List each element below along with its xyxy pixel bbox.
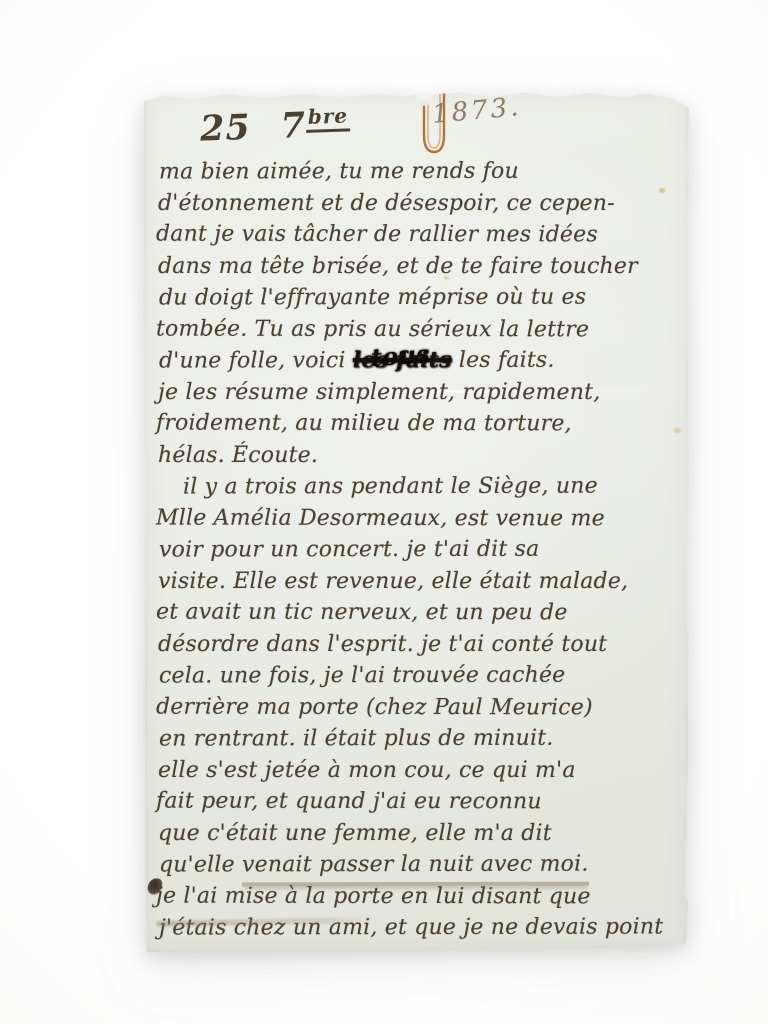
letter-body: ma bien aimée, tu me rends foud'étonneme… bbox=[158, 156, 674, 944]
handwriting-line: il y a trois ans pendant le Siège, une bbox=[159, 470, 675, 503]
handwriting-line: du doigt l'effrayante méprise où tu es bbox=[159, 281, 675, 314]
handwriting-line: visite. Elle est revenue, elle était mal… bbox=[158, 566, 674, 598]
date-heading: 257bre bbox=[199, 103, 351, 149]
handwriting-line: voir pour un concert. je t'ai dit sa bbox=[159, 533, 675, 566]
letter-paper: 257bre 1873. ma bien aimée, tu me rends … bbox=[144, 90, 689, 952]
handwriting-line: d'une folle, voici les faitstous les fai… bbox=[159, 344, 675, 377]
handwriting-line: et avait un tic nerveux, et un peu de bbox=[156, 597, 672, 629]
handwriting-line: en rentrant. il était plus de minuit. bbox=[159, 722, 675, 755]
handwriting-line: cela. une fois, je l'ai trouvée cachée bbox=[159, 659, 675, 692]
date-day: 25 bbox=[199, 107, 251, 150]
handwriting-line: qu'elle venait passer la nuit avec moi. bbox=[159, 848, 675, 881]
letter-sheet-wrapper: 257bre 1873. ma bien aimée, tu me rends … bbox=[144, 90, 689, 952]
handwriting-line: froidement, au milieu de ma torture, bbox=[156, 408, 672, 440]
paper-stain bbox=[674, 428, 681, 433]
handwriting-line: désordre dans l'esprit. je t'ai conté to… bbox=[158, 629, 674, 661]
struck-words: les faitstous bbox=[353, 345, 452, 377]
handwriting-line: Mlle Amélia Desormeaux, est venue me bbox=[156, 502, 672, 534]
handwriting-line: dans ma tête brisée, et de te faire touc… bbox=[158, 251, 674, 283]
handwriting-line: fait peur, et quand j'ai eu reconnu bbox=[156, 786, 672, 818]
handwriting-line: ma bien aimée, tu me rends fou bbox=[159, 155, 675, 188]
strike-after-text: les faits. bbox=[452, 348, 555, 373]
year-annotation: 1873. bbox=[431, 92, 523, 130]
handwriting-line: dant je vais tâcher de rallier mes idées bbox=[156, 219, 672, 251]
handwriting-line: je l'ai mise à la porte en lui disant qu… bbox=[156, 880, 672, 912]
strike-before-text: d'une folle, voici bbox=[159, 348, 353, 373]
handwriting-line: je les résume simplement, rapidement, bbox=[158, 377, 674, 409]
handwriting-line: elle s'est jetée à mon cou, ce qui m'a bbox=[158, 755, 674, 787]
overwritten-word: tous bbox=[370, 338, 431, 374]
handwriting-line: derrière ma porte (chez Paul Meurice) bbox=[156, 691, 672, 723]
handwriting-line: d'étonnement et de désespoir, ce cepen- bbox=[158, 188, 674, 220]
date-month-superscript: bre bbox=[305, 104, 350, 134]
handwriting-line: hélas. Écoute. bbox=[158, 440, 674, 472]
handwriting-line: j'étais chez un ami, et que je ne devais… bbox=[159, 911, 675, 944]
handwriting-line: que c'était une femme, elle m'a dit bbox=[158, 818, 674, 850]
date-month: 7bre bbox=[280, 103, 351, 146]
underline-before-text: qu'elle bbox=[159, 852, 242, 877]
date-month-numeral: 7 bbox=[280, 105, 307, 147]
